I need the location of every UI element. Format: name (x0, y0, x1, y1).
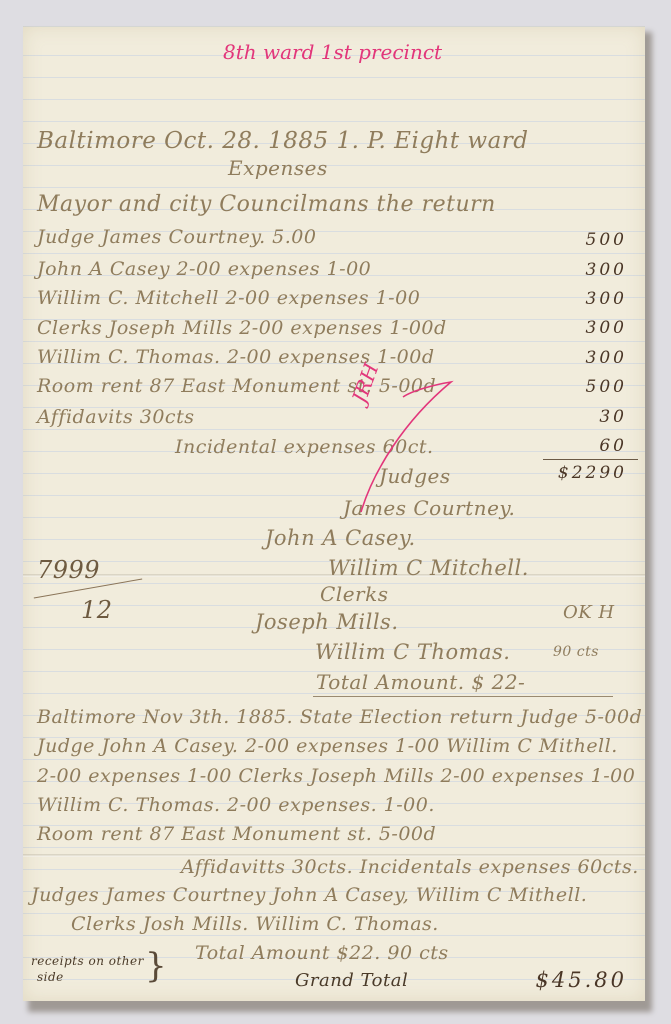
sum-rule (543, 459, 638, 460)
section1-intro: Mayor and city Councilmans the return (37, 192, 496, 217)
total-cents: 90 cts (553, 644, 599, 660)
section2-line: Judge John A Casey. 2-00 expenses 1-00 W… (37, 735, 618, 757)
grand-total: $45.80 (536, 968, 627, 992)
section2-total-amount: Total Amount $22. 90 cts (195, 942, 449, 964)
section2-line: 2-00 expenses 1-00 Clerks Joseph Mills 2… (37, 765, 635, 787)
section1-total: $2290 (558, 463, 627, 483)
expense-amount: 300 (586, 289, 627, 309)
grand-total-label: Grand Total (295, 970, 408, 991)
expense-line: Affidavits 30cts (37, 406, 194, 428)
expense-line: John A Casey 2-00 expenses 1-00 (37, 258, 371, 280)
expense-line: Clerks Joseph Mills 2-00 expenses 1-00d (37, 317, 447, 339)
expense-amount: 300 (586, 318, 627, 338)
total-underline (313, 696, 613, 697)
margin-note: side (37, 970, 64, 984)
clerk-signature: Willim C Thomas. (315, 640, 510, 664)
expense-amount: 500 (586, 230, 627, 250)
expense-line: Willim C. Mitchell 2-00 expenses 1-00 (37, 287, 420, 309)
margin-number-top: 7999 (37, 556, 100, 584)
expense-amount: 300 (586, 260, 627, 280)
section2-line: Room rent 87 East Monument st. 5-00d (37, 823, 436, 845)
section1-subheading: Expenses (228, 156, 328, 180)
expense-line: Judge James Courtney. 5.00 (37, 226, 316, 248)
clerk-signature: Joseph Mills. (255, 610, 399, 634)
expense-amount: 300 (586, 348, 627, 368)
section2-line: Judges James Courtney John A Casey, Will… (31, 884, 587, 906)
section2-line: Baltimore Nov 3th. 1885. State Election … (37, 706, 642, 728)
clerks-label: Clerks (320, 582, 388, 606)
judge-signature: John A Casey. (265, 526, 416, 550)
section2-line: Affidavitts 30cts. Incidentals expenses … (181, 856, 639, 878)
section2-line: Willim C. Thomas. 2-00 expenses. 1-00. (37, 794, 435, 816)
pink-check-mark-icon (343, 362, 463, 522)
document-sheet: 8th ward 1st precinct Baltimore Oct. 28.… (23, 26, 645, 1001)
ok-mark: OK H (563, 602, 615, 623)
margin-number-bottom: 12 (81, 596, 113, 624)
header-annotation: 8th ward 1st precinct (223, 40, 442, 64)
expense-amount: 500 (586, 377, 627, 397)
section1-heading: Baltimore Oct. 28. 1885 1. P. Eight ward (37, 128, 529, 154)
section2-line: Clerks Josh Mills. Willim C. Thomas. (71, 913, 439, 935)
expense-amount: 30 (599, 407, 627, 427)
judge-signature: Willim C Mitchell. (328, 556, 529, 580)
incidental-amount: 60 (599, 436, 627, 456)
brace-icon: } (145, 946, 167, 986)
margin-note: receipts on other (31, 954, 144, 968)
section1-total-amount: Total Amount. $ 22- (316, 670, 525, 694)
